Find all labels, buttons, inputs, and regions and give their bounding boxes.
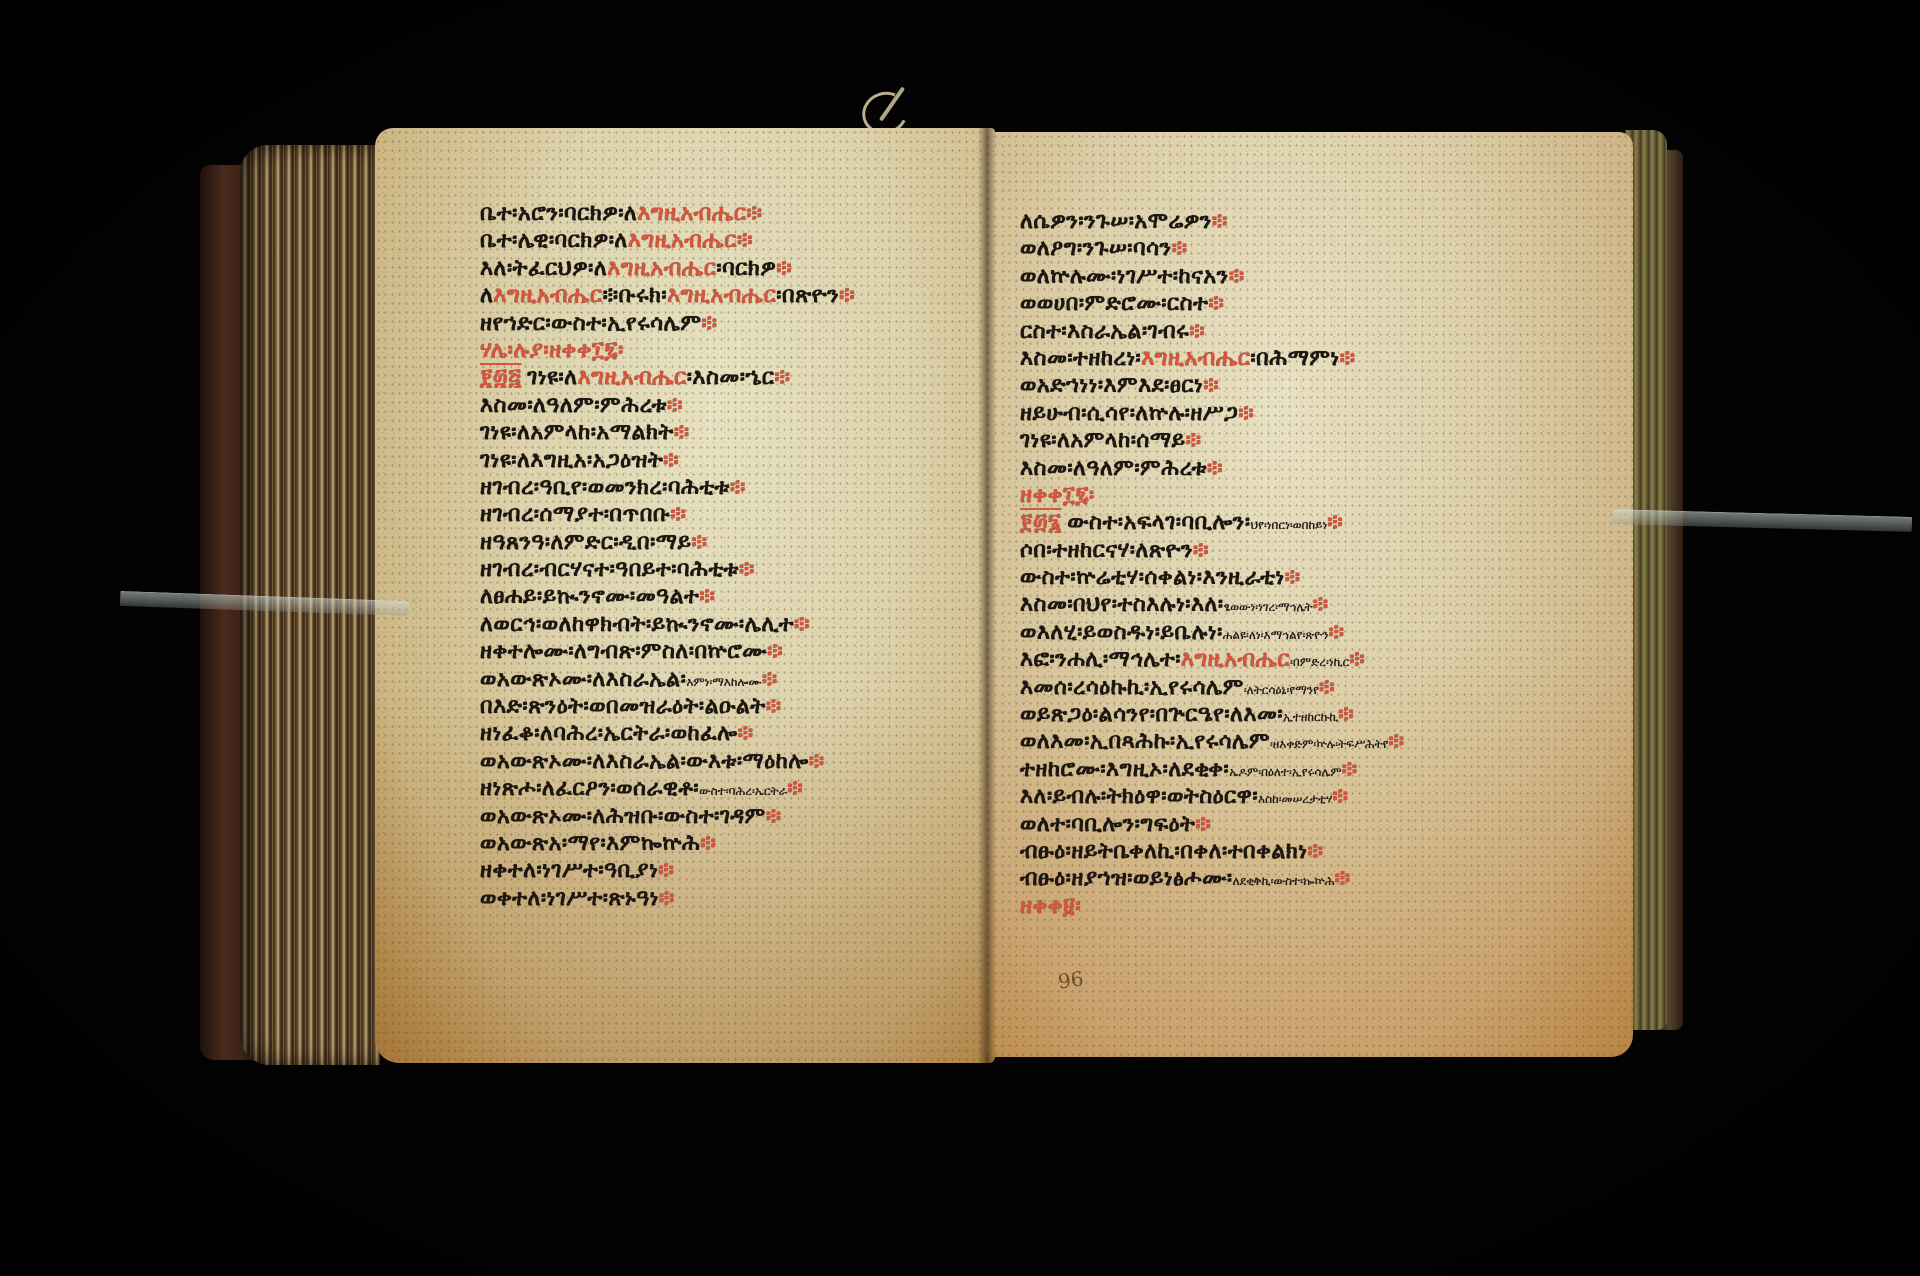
text-line: ወለኵሉሙ፡ነገሥተ፡ከናአን፨: [1020, 263, 1580, 290]
verse-separator: ፨: [1388, 729, 1404, 754]
text-line: ዘዓጸንዓ፡ለምድር፡ዲበ፡ማይ፨: [480, 529, 980, 556]
text-line: ወአውጽኦሙ፡ለእስራኤል፡ውእቱ፡ማዕከሎ፨: [480, 748, 980, 775]
verse-text: እመሰ፡ረሳዕኩኪ፡ኢየሩሳሌም: [1020, 675, 1244, 700]
verse-text: ፄወውነ፡ነገረ፡ማኅሌት: [1224, 600, 1313, 614]
verse-separator: ፨: [737, 228, 753, 253]
verse-text: እግዚአብሔር: [667, 283, 776, 308]
verse-text: ለሴዎን፡ንጉሠ፡አሞሬዎን: [1020, 209, 1212, 234]
text-line: ወለዖግ፡ንጉሠ፡ባሳን፨: [1020, 235, 1580, 262]
verse-separator: ፨: [670, 502, 686, 527]
book-gutter: [978, 128, 996, 1063]
verse-text: ዘገብረ፡ሰማያተ፡በጥበቡ: [480, 502, 670, 527]
verse-text: ወለኵሉሙ፡ነገሥተ፡ከናአን: [1020, 264, 1229, 289]
folio-number: 96: [1056, 966, 1085, 993]
text-line: ወእለሂ፡ይወስዱነ፡ይቤሉነ፡ሐልዩ፡ለነ፡እማኅልየ፡ጽዮን፨: [1020, 619, 1580, 646]
verse-separator: ፨: [1238, 401, 1254, 426]
text-line: ለፀሐይ፡ይኲንኖሙ፡መዓልተ፨: [480, 583, 980, 610]
verse-text: ዘነጽሖ፡ለፈርዖን፡ወሰራዊቶ፡: [480, 776, 699, 801]
text-line: ውስተ፡ኵሬቲሃ፡ሰቀልነ፡እንዚራቲነ፨: [1020, 564, 1580, 591]
verse-text: ወለተ፡ባቢሎን፡ግፍዕት: [1020, 812, 1195, 837]
verse-text: ወለእመ፡ኢበጻሕኩ፡ኢየሩሳሌም: [1020, 729, 1270, 754]
verse-text: እግዚአብሔር: [578, 365, 687, 390]
verse-text: ወአውጽኦሙ፡ለእስራኤል፡ውእቱ፡ማዕከሎ: [480, 749, 809, 774]
verse-text: ኤዶም፡በዕለተ፡ኢየሩሳሌም: [1229, 765, 1341, 779]
verse-separator: ፨: [1195, 812, 1211, 837]
verse-separator: ፨: [1329, 620, 1345, 645]
verse-text: ሶበ፡ተዘከርናሃ፡ለጽዮን: [1020, 538, 1193, 563]
verse-text: ዘቀተሎሙ፡ለግብጽ፡ምስለ፡በኵሮሙ: [480, 639, 767, 664]
verse-text: እስመ፡ለዓለም፡ምሕረቱ: [1020, 456, 1207, 481]
verse-text: እስመ፡ለዓለም፡ምሕረቱ: [480, 393, 667, 418]
verse-text: እምነ፡ማእከሎሙ: [686, 675, 761, 689]
verse-text: ዘይሁብ፡ሲሳየ፡ለኵሉ፡ዘሥጋ: [1020, 401, 1238, 426]
verse-text: እፎ፡ንሐሊ፡ማኅሌተ፡: [1020, 647, 1181, 672]
verse-text: ወቀተለ፡ነገሥተ፡ጽኑዓነ: [480, 886, 659, 911]
verse-separator: ፨: [692, 530, 708, 555]
text-line: እስመ፡ተዘከረነ፡እግዚአብሔር፡በሕማምነ፨: [1020, 345, 1580, 372]
verse-text: ፨ቡሩክ፡: [603, 283, 668, 308]
text-line: ወአድኀነነ፡እምእደ፡ፀርነ፨: [1020, 372, 1580, 399]
verse-text: ወአውጽኦሙ፡ለሕዝቡ፡ውስተ፡ገዳም: [480, 804, 766, 829]
verse-separator: ፨: [739, 557, 755, 582]
rubric-line: ዘቀቀ፲፯፡: [1020, 482, 1580, 509]
verse-separator: ፨: [794, 612, 810, 637]
text-line: ርስተ፡እስራኤል፡ገብሩ፨: [1020, 318, 1580, 345]
verse-text: ገነዩ፡ለአምላከ፡አማልክት: [480, 420, 674, 445]
verse-separator: ፨: [1285, 565, 1301, 590]
verse-separator: ፨: [700, 831, 716, 856]
text-line: ብፁዕ፡ዘያኀዝ፡ወይነፅሖሙ፡ለደቂቅኪ፡ውስተ፡ኰኵሕ፨: [1020, 865, 1580, 892]
text-line: ወለተ፡ባቢሎን፡ግፍዕት፨: [1020, 811, 1580, 838]
verse-text: ፡በሕማምነ: [1250, 346, 1339, 371]
verse-separator: ፨: [1342, 757, 1358, 782]
verse-text: ብፁዕ፡ዘያኀዝ፡ወይነፅሖሙ፡: [1020, 866, 1233, 891]
verse-text: ፡በምድረ፡ነኪር: [1290, 655, 1349, 669]
verse-separator: ፨: [1313, 592, 1329, 617]
verse-separator: ፨: [667, 393, 683, 418]
verse-text: ዘዓጸንዓ፡ለምድር፡ዲበ፡ማይ: [480, 530, 692, 555]
verse-separator: ፨: [1338, 702, 1354, 727]
verse-text: እግዚአብሔር: [607, 256, 716, 281]
text-line: ወቀተለ፡ነገሥተ፡ጽኑዓነ፨: [480, 885, 980, 912]
text-line: ዘነጽሖ፡ለፈርዖን፡ወሰራዊቶ፡ውስተ፡ባሕረ፡ኤርትራ፨: [480, 775, 980, 802]
verse-text: ፡በጽዮን: [776, 283, 839, 308]
verse-text: ዘቀተለ፡ነገሥተ፡ዓቢያነ: [480, 858, 658, 883]
verse-text: ወእለሂ፡ይወስዱነ፡ይቤሉነ፡: [1020, 620, 1223, 645]
verse-separator: ፨: [1193, 538, 1209, 563]
verse-text: ዘየኀድር፡ውስተ፡ኢየሩሳሌም: [480, 311, 701, 336]
verse-separator: ፨: [762, 667, 778, 692]
text-line: ቤተ፡ሌዊ፡ባርክዎ፡ለእግዚአብሔር፨: [480, 227, 980, 254]
verse-separator: ፨: [776, 256, 792, 281]
verse-text: እግዚአብሔር: [628, 228, 737, 253]
verse-text: እግዚአብሔር: [493, 283, 602, 308]
verse-separator: ፨: [1186, 428, 1202, 453]
text-line: ዘቀተለ፡ነገሥተ፡ዓቢያነ፨: [480, 857, 980, 884]
rubric-text: ዘቀቀ፱፡: [1020, 894, 1081, 919]
verse-text: ወአድኀነነ፡እምእደ፡ፀርነ: [1020, 373, 1203, 398]
verse-text: ገነዩ፡ለ: [527, 365, 577, 390]
verse-text: ውስተ፡ባሕረ፡ኤርትራ: [699, 784, 787, 798]
text-line: ለሴዎን፡ንጉሠ፡አሞሬዎን፨: [1020, 208, 1580, 235]
verse-separator: ፨: [1327, 510, 1343, 535]
rubric-line: ዘቀቀ፱፡: [1020, 893, 1580, 920]
text-line: ተዘከሮሙ፡እግዚኦ፡ለደቂቀ፡ኤዶም፡በዕለተ፡ኢየሩሳሌም፨: [1020, 756, 1580, 783]
verse-text: እስመ፡በህየ፡ተስእሉነ፡እለ፡: [1020, 592, 1224, 617]
verse-separator: ፨: [730, 475, 746, 500]
verse-text: ገነዩ፡ለአምላከ፡ሰማይ: [1020, 428, 1186, 453]
verse-separator: ፨: [809, 749, 825, 774]
verse-text: ለፀሐይ፡ይኲንኖሙ፡መዓልተ: [480, 584, 699, 609]
verse-separator: ፨: [663, 448, 679, 473]
verse-separator: ፨: [774, 365, 790, 390]
verse-separator: ፨: [1207, 456, 1223, 481]
text-line: እለ፡ትፈርህዎ፡ለእግዚአብሔር፡ባርክዎ፨: [480, 255, 980, 282]
verse-separator: ፨: [1332, 784, 1348, 809]
verse-text: ዘገብረ፡ብርሃናተ፡ዓበይተ፡ባሕቲቱ: [480, 557, 739, 582]
verse-separator: ፨: [701, 311, 717, 336]
text-line: ለወርኅ፡ወለከዋክብት፡ይኲንኖሙ፡ሌሊተ፨: [480, 611, 980, 638]
text-line: በእድ፡ጽንዕት፡ወበመዝራዕት፡ልዑልት፨: [480, 693, 980, 720]
text-line: ዘይሁብ፡ሲሳየ፡ለኵሉ፡ዘሥጋ፨: [1020, 400, 1580, 427]
verse-text: እግዚአብሔር: [637, 201, 746, 226]
verse-text: እስመ፡ተዘከረነ፡: [1020, 346, 1141, 371]
text-line: ዘገብረ፡ሰማያተ፡በጥበቡ፨: [480, 501, 980, 528]
verse-text: ቤተ፡አሮን፡ባርክዎ፡ለ: [480, 201, 637, 226]
text-line: እስመ፡በህየ፡ተስእሉነ፡እለ፡ፄወውነ፡ነገረ፡ማኅሌት፨: [1020, 591, 1580, 618]
verse-separator: ፨: [1212, 209, 1228, 234]
verse-text: ወይጽጋዕ፡ልሳንየ፡በጕርዔየ፡ለእመ፡: [1020, 702, 1283, 727]
text-line: ወአውጽኦሙ፡ለሕዝቡ፡ውስተ፡ገዳም፨: [480, 803, 980, 830]
verse-separator: ፨: [738, 721, 754, 746]
verse-separator: ፨: [766, 694, 782, 719]
text-line: ዘቀተሎሙ፡ለግብጽ፡ምስለ፡በኵሮሙ፨: [480, 638, 980, 665]
verse-separator: ፨: [766, 804, 782, 829]
verse-text: ወለዖግ፡ንጉሠ፡ባሳን: [1020, 236, 1172, 261]
verse-separator: ፨: [658, 858, 674, 883]
verse-separator: ፨: [1189, 319, 1205, 344]
text-line: ዘገብረ፡ብርሃናተ፡ዓበይተ፡ባሕቲቱ፨: [480, 556, 980, 583]
text-line: ገነዩ፡ለእግዚአ፡አጋዕዝት፨: [480, 447, 980, 474]
text-line: ብፁዕ፡ዘይትቤቀለኪ፡በቀለ፡ተበቀልክነ፨: [1020, 838, 1580, 865]
rubric-line: ሃሌ፡ሉያ፡ዘቀቀ፲፯፡: [480, 337, 980, 364]
text-line: ዘገብረ፡ዓቢየ፡ወመንክረ፡ባሕቲቱ፨: [480, 474, 980, 501]
text-line: ፻፴፭ገነዩ፡ለእግዚአብሔር፡እስመ፡ኄር፨: [480, 364, 980, 391]
text-line: ለእግዚአብሔር፨ቡሩክ፡እግዚአብሔር፡በጽዮን፨: [480, 282, 980, 309]
text-line: ወለእመ፡ኢበጻሕኩ፡ኢየሩሳሌም፡ዘእቀድም፡ኵሉ፡ትፍሥሕትየ፨: [1020, 728, 1580, 755]
text-line: ፻፴፮ውስተ፡አፍላገ፡ባቢሎን፡ህየ፡ነበርነ፡ወበከይነ፨: [1020, 509, 1580, 536]
verse-separator: ፨: [1340, 346, 1356, 371]
text-line: ወአውጽአ፡ማየ፡እምኰኵሕ፨: [480, 830, 980, 857]
text-line: እስመ፡ለዓለም፡ምሕረቱ፨: [480, 392, 980, 419]
verse-separator: ፨: [1319, 675, 1335, 700]
verse-text: ቤተ፡ሌዊ፡ባርክዎ፡ለ: [480, 228, 628, 253]
verse-separator: ፨: [1335, 866, 1351, 891]
verse-text: በእድ፡ጽንዕት፡ወበመዝራዕት፡ልዑልት: [480, 694, 766, 719]
text-line: ዘነፈቆ፡ለባሕረ፡ኤርትራ፡ወከፈሎ፨: [480, 720, 980, 747]
verse-text: ፡ለትርሳዕኒ፡የማንየ: [1244, 683, 1319, 697]
verse-text: ብፁዕ፡ዘይትቤቀለኪ፡በቀለ፡ተበቀልክነ: [1020, 839, 1307, 864]
photo-scene: ቤተ፡አሮን፡ባርክዎ፡ለእግዚአብሔር፨ቤተ፡ሌዊ፡ባርክዎ፡ለእግዚአብሔር…: [0, 0, 1920, 1276]
left-page-text: ቤተ፡አሮን፡ባርክዎ፡ለእግዚአብሔር፨ቤተ፡ሌዊ፡ባርክዎ፡ለእግዚአብሔር…: [480, 200, 980, 912]
verse-text: ህየ፡ነበርነ፡ወበከይነ: [1251, 518, 1328, 532]
text-line: ቤተ፡አሮን፡ባርክዎ፡ለእግዚአብሔር፨: [480, 200, 980, 227]
verse-text: እግዚአብሔር: [1181, 647, 1290, 672]
text-line: ሶበ፡ተዘከርናሃ፡ለጽዮን፨: [1020, 537, 1580, 564]
verse-text: ውስተ፡አፍላገ፡ባቢሎን፡: [1067, 510, 1250, 535]
verse-separator: ፨: [659, 886, 675, 911]
verse-separator: ፨: [674, 420, 690, 445]
verse-text: ፡ባርክዎ: [716, 256, 776, 281]
verse-text: እለ፡ትፈርህዎ፡ለ: [480, 256, 607, 281]
verse-text: ወአውጽኦሙ፡ለእስራኤል፡: [480, 667, 686, 692]
verse-separator: ፨: [746, 201, 762, 226]
verse-text: ርስተ፡እስራኤል፡ገብሩ: [1020, 319, 1189, 344]
text-line: እፎ፡ንሐሊ፡ማኅሌተ፡እግዚአብሔር፡በምድረ፡ነኪር፨: [1020, 646, 1580, 673]
verse-text: ወወሀበ፡ምድሮሙ፡ርስተ: [1020, 291, 1208, 316]
verse-separator: ፨: [699, 584, 715, 609]
verse-separator: ፨: [767, 639, 783, 664]
verse-separator: ፨: [1307, 839, 1323, 864]
verse-text: ሐልዩ፡ለነ፡እማኅልየ፡ጽዮን: [1223, 628, 1329, 642]
rubric-text: ሃሌ፡ሉያ፡ዘቀቀ፲፯፡: [480, 338, 624, 363]
verse-text: ፡እስመ፡ኄር: [687, 365, 775, 390]
text-line: ወወሀበ፡ምድሮሙ፡ርስተ፨: [1020, 290, 1580, 317]
verse-separator: ፨: [839, 283, 855, 308]
verse-separator: ፨: [1203, 373, 1219, 398]
text-line: ወይጽጋዕ፡ልሳንየ፡በጕርዔየ፡ለእመ፡ኢተዘከርኩኪ፨: [1020, 701, 1580, 728]
verse-text: ገነዩ፡ለእግዚአ፡አጋዕዝት: [480, 448, 663, 473]
verse-separator: ፨: [1229, 264, 1245, 289]
text-line: እመሰ፡ረሳዕኩኪ፡ኢየሩሳሌም፡ለትርሳዕኒ፡የማንየ፨: [1020, 674, 1580, 701]
verse-text: ለ: [480, 283, 493, 308]
verse-text: ለደቂቅኪ፡ውስተ፡ኰኵሕ: [1233, 874, 1335, 888]
verse-text: ዘነፈቆ፡ለባሕረ፡ኤርትራ፡ወከፈሎ: [480, 721, 738, 746]
psalm-number: ፻፴፭: [480, 365, 521, 390]
verse-text: ውስተ፡ኵሬቲሃ፡ሰቀልነ፡እንዚራቲነ: [1020, 565, 1285, 590]
psalm-number: ፻፴፮: [1020, 510, 1061, 535]
verse-separator: ፨: [1172, 236, 1188, 261]
verse-text: ዘገብረ፡ዓቢየ፡ወመንክረ፡ባሕቲቱ: [480, 475, 730, 500]
text-line: ወአውጽኦሙ፡ለእስራኤል፡እምነ፡ማእከሎሙ፨: [480, 666, 980, 693]
verse-text: ለወርኅ፡ወለከዋክብት፡ይኲንኖሙ፡ሌሊተ: [480, 612, 794, 637]
verse-separator: ፨: [1208, 291, 1224, 316]
verse-text: ወአውጽአ፡ማየ፡እምኰኵሕ: [480, 831, 700, 856]
verse-separator: ፨: [787, 776, 803, 801]
text-line: ዘየኀድር፡ውስተ፡ኢየሩሳሌም፨: [480, 310, 980, 337]
verse-separator: ፨: [1349, 647, 1365, 672]
verse-text: እለ፡ይብሉ፡ትክዕዋ፡ወትስዕርዋ፡: [1020, 784, 1258, 809]
verse-text: ፡ዘእቀድም፡ኵሉ፡ትፍሥሕትየ: [1270, 737, 1389, 751]
verse-text: ኢተዘከርኩኪ: [1283, 710, 1338, 724]
verse-text: እስከ፡መሠረታቲሃ: [1258, 792, 1332, 806]
right-page-text: ለሴዎን፡ንጉሠ፡አሞሬዎን፨ወለዖግ፡ንጉሠ፡ባሳን፨ወለኵሉሙ፡ነገሥተ፡ከ…: [1020, 208, 1580, 920]
verse-text: እግዚአብሔር: [1141, 346, 1250, 371]
text-line: ገነዩ፡ለአምላከ፡አማልክት፨: [480, 419, 980, 446]
verse-text: ተዘከሮሙ፡እግዚኦ፡ለደቂቀ፡: [1020, 757, 1229, 782]
text-line: እስመ፡ለዓለም፡ምሕረቱ፨: [1020, 455, 1580, 482]
text-line: ገነዩ፡ለአምላከ፡ሰማይ፨: [1020, 427, 1580, 454]
text-line: እለ፡ይብሉ፡ትክዕዋ፡ወትስዕርዋ፡እስከ፡መሠረታቲሃ፨: [1020, 783, 1580, 810]
rubric-text: ዘቀቀ፲፯፡: [1020, 483, 1095, 508]
